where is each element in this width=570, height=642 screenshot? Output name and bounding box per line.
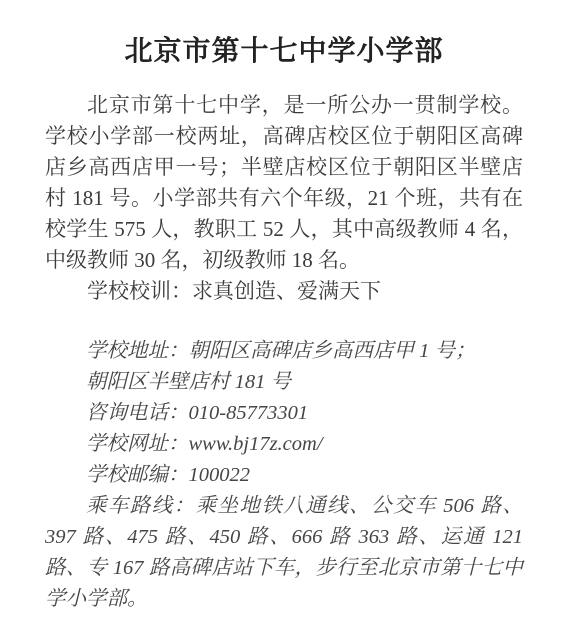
motto-line: 学校校训：求真创造、爱满天下 — [45, 276, 523, 307]
contact-info-block: 学校地址：朝阳区高碑店乡高西店甲 1 号； 朝阳区半壁店村 181 号 咨询电话… — [45, 336, 523, 615]
intro-paragraph: 北京市第十七中学，是一所公办一贯制学校。学校小学部一校两址，高碑店校区位于朝阳区… — [45, 90, 523, 276]
page-title: 北京市第十七中学小学部 — [45, 34, 523, 68]
phone-line: 咨询电话：010-85773301 — [45, 398, 523, 429]
address-line-1: 学校地址：朝阳区高碑店乡高西店甲 1 号； — [45, 336, 523, 367]
address-line-2: 朝阳区半壁店村 181 号 — [45, 367, 523, 398]
postcode-line: 学校邮编：100022 — [45, 460, 523, 491]
document-page: 北京市第十七中学小学部 北京市第十七中学，是一所公办一贯制学校。学校小学部一校两… — [0, 0, 570, 642]
bus-route-paragraph: 乘车路线：乘坐地铁八通线、公交车 506 路、397 路、475 路、450 路… — [45, 491, 523, 615]
website-line: 学校网址：www.bj17z.com/ — [45, 429, 523, 460]
